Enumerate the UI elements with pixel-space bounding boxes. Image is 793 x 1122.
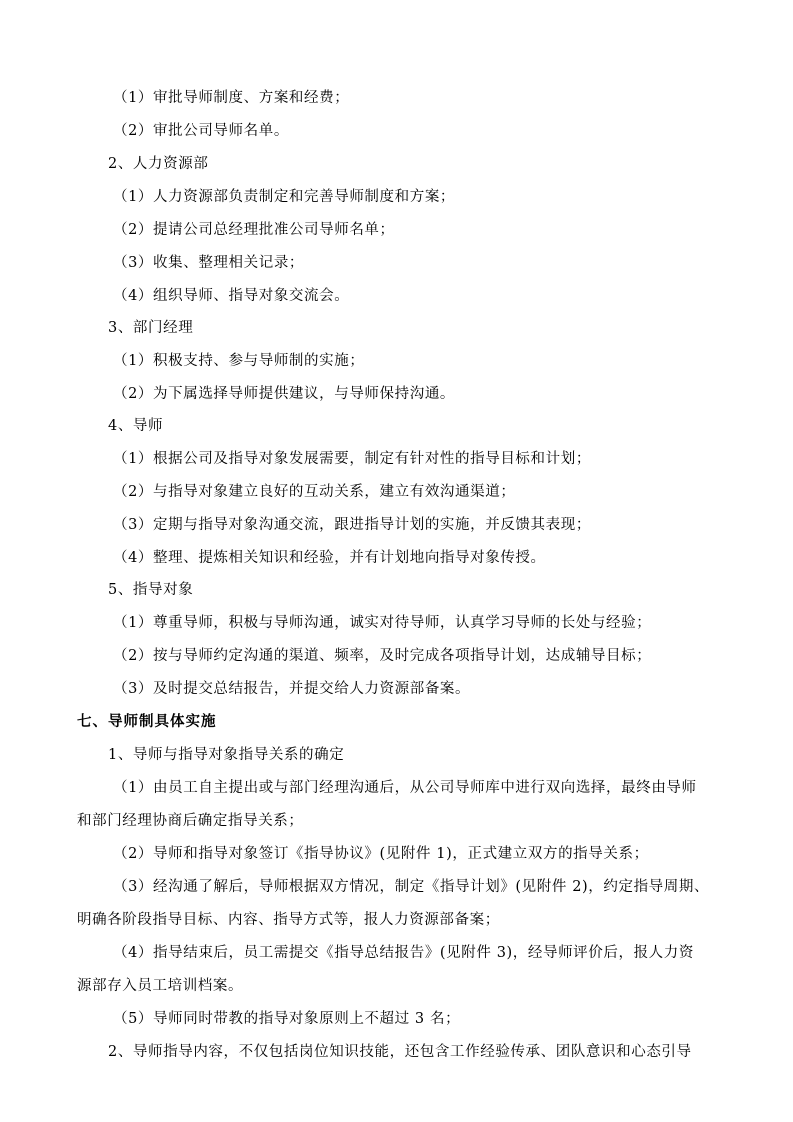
document-line: 明确各阶段指导目标、内容、指导方式等，报人力资源部备案； — [77, 910, 500, 930]
document-line: （2）审批公司导师名单。 — [113, 121, 289, 141]
document-line: （1）人力资源部负责制定和完善导师制度和方案； — [113, 187, 455, 207]
document-line: （2）与指导对象建立良好的互动关系，建立有效沟通渠道； — [113, 482, 515, 502]
document-line: （3）经沟通了解后，导师根据双方情况，制定《指导计划》(见附件 2)，约定指导周… — [113, 877, 709, 897]
document-line: （1）审批导师制度、方案和经费； — [113, 88, 349, 108]
document-line: （5）导师同时带教的指导对象原则上不超过 3 名； — [113, 1009, 460, 1029]
document-line: （2）为下属选择导师提供建议，与导师保持沟通。 — [113, 384, 455, 404]
document-line: 源部存入员工培训档案。 — [77, 976, 243, 996]
document-line: 4、导师 — [108, 416, 163, 436]
document-line: （2）提请公司总经理批准公司导师名单； — [113, 220, 395, 240]
document-line: （3）及时提交总结报告，并提交给人力资源部备案。 — [113, 679, 470, 699]
document-line: （3）收集、整理相关记录； — [113, 253, 304, 273]
section-heading: 七、导师制具体实施 — [77, 712, 217, 732]
document-line: 1、导师与指导对象指导关系的确定 — [108, 745, 344, 765]
document-line: （1）积极支持、参与导师制的实施； — [113, 351, 364, 371]
document-line: （1）尊重导师，积极与导师沟通，诚实对待导师，认真学习导师的长处与经验； — [113, 613, 651, 633]
document-line: 5、指导对象 — [108, 580, 193, 600]
document-line: 2、人力资源部 — [108, 154, 208, 174]
document-line: （2）按与导师约定沟通的渠道、频率，及时完成各项指导计划，达成辅导目标； — [113, 646, 651, 666]
document-line: 和部门经理协商后确定指导关系； — [77, 811, 304, 831]
document-line: （2）导师和指导对象签订《指导协议》(见附件 1)，正式建立双方的指导关系； — [113, 844, 649, 864]
document-line: （1）由员工自主提出或与部门经理沟通后，从公司导师库中进行双向选择，最终由导师 — [113, 778, 697, 798]
document-line: （4）整理、提炼相关知识和经验，并有计划地向指导对象传授。 — [113, 548, 546, 568]
document-line: 3、部门经理 — [108, 318, 193, 338]
document-line: （3）定期与指导对象沟通交流，跟进指导计划的实施，并反馈其表现； — [113, 515, 591, 535]
document-line: （1）根据公司及指导对象发展需要，制定有针对性的指导目标和计划； — [113, 449, 591, 469]
document-line: 2、导师指导内容，不仅包括岗位知识技能，还包含工作经验传承、团队意识和心态引导 — [108, 1042, 692, 1062]
document-line: （4）指导结束后，员工需提交《指导总结报告》(见附件 3)，经导师评价后，报人力… — [113, 943, 694, 963]
document-page: （1）审批导师制度、方案和经费；（2）审批公司导师名单。2、人力资源部（1）人力… — [0, 0, 793, 1122]
document-line: （4）组织导师、指导对象交流会。 — [113, 286, 349, 306]
